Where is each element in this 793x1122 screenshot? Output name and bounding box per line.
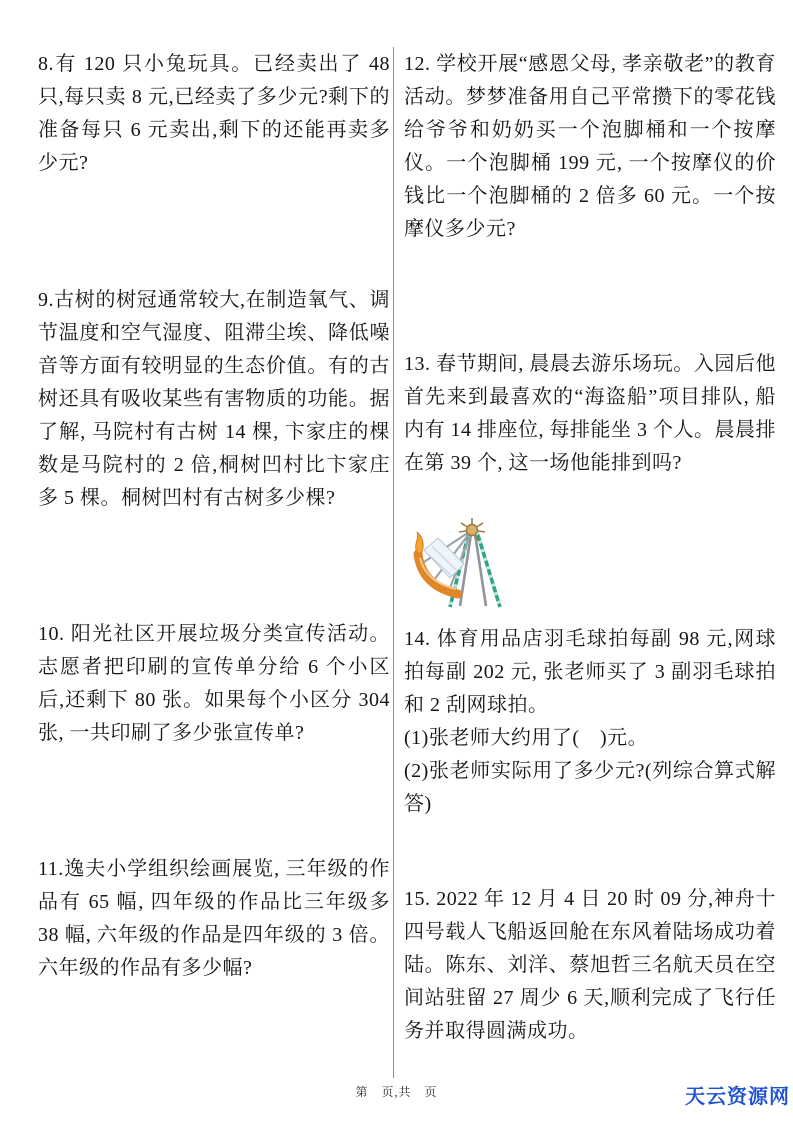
problem-10: 10. 阳光社区开展垃圾分类宣传活动。志愿者把印刷的宣传单分给 6 个小区后,还…: [38, 618, 390, 750]
column-divider: [393, 47, 394, 1078]
problem-10-text: 10. 阳光社区开展垃圾分类宣传活动。志愿者把印刷的宣传单分给 6 个小区后,还…: [38, 623, 390, 744]
problem-14-sub1: (1)张老师大约用了( )元。: [404, 722, 776, 755]
problem-8-text: 8.有 120 只小兔玩具。已经卖出了 48 只,每只卖 8 元,已经卖了多少元…: [38, 53, 390, 174]
problem-14-sub2: (2)张老师实际用了多少元?(列综合算式解答): [404, 755, 776, 821]
problem-15: 15. 2022 年 12 月 4 日 20 时 09 分,神舟十四号载人飞船返…: [404, 883, 776, 1048]
problem-11-text: 11.逸夫小学组织绘画展览, 三年级的作品有 65 幅, 四年级的作品比三年级多…: [38, 858, 390, 979]
problem-13-text: 13. 春节期间, 晨晨去游乐场玩。入园后他首先来到最喜欢的“海盗船”项目排队,…: [404, 353, 776, 474]
site-watermark: 天云资源网: [685, 1080, 790, 1109]
problem-9: 9.古树的树冠通常较大,在制造氧气、调节温度和空气湿度、阻滞尘埃、降低噪音等方面…: [38, 284, 390, 515]
pirate-ship-ride-image: [408, 514, 520, 614]
problem-12: 12. 学校开展“感恩父母, 孝亲敬老”的教育活动。梦梦准备用自己平常攒下的零花…: [404, 48, 776, 246]
problem-14: 14. 体育用品店羽毛球拍每副 98 元,网球拍每副 202 元, 张老师买了 …: [404, 623, 776, 821]
problem-15-text: 15. 2022 年 12 月 4 日 20 时 09 分,神舟十四号载人飞船返…: [404, 888, 776, 1042]
problem-12-text: 12. 学校开展“感恩父母, 孝亲敬老”的教育活动。梦梦准备用自己平常攒下的零花…: [404, 53, 776, 240]
page-number-footer: 第 页,共 页: [0, 1083, 793, 1100]
problem-8: 8.有 120 只小兔玩具。已经卖出了 48 只,每只卖 8 元,已经卖了多少元…: [38, 48, 390, 180]
problem-11: 11.逸夫小学组织绘画展览, 三年级的作品有 65 幅, 四年级的作品比三年级多…: [38, 853, 390, 985]
worksheet-page: 8.有 120 只小兔玩具。已经卖出了 48 只,每只卖 8 元,已经卖了多少元…: [0, 0, 793, 1122]
problem-14-text: 14. 体育用品店羽毛球拍每副 98 元,网球拍每副 202 元, 张老师买了 …: [404, 623, 776, 722]
problem-13: 13. 春节期间, 晨晨去游乐场玩。入园后他首先来到最喜欢的“海盗船”项目排队,…: [404, 348, 776, 480]
problem-9-text: 9.古树的树冠通常较大,在制造氧气、调节温度和空气湿度、阻滞尘埃、降低噪音等方面…: [38, 289, 390, 509]
pirate-ship-ride-icon: [408, 514, 520, 614]
